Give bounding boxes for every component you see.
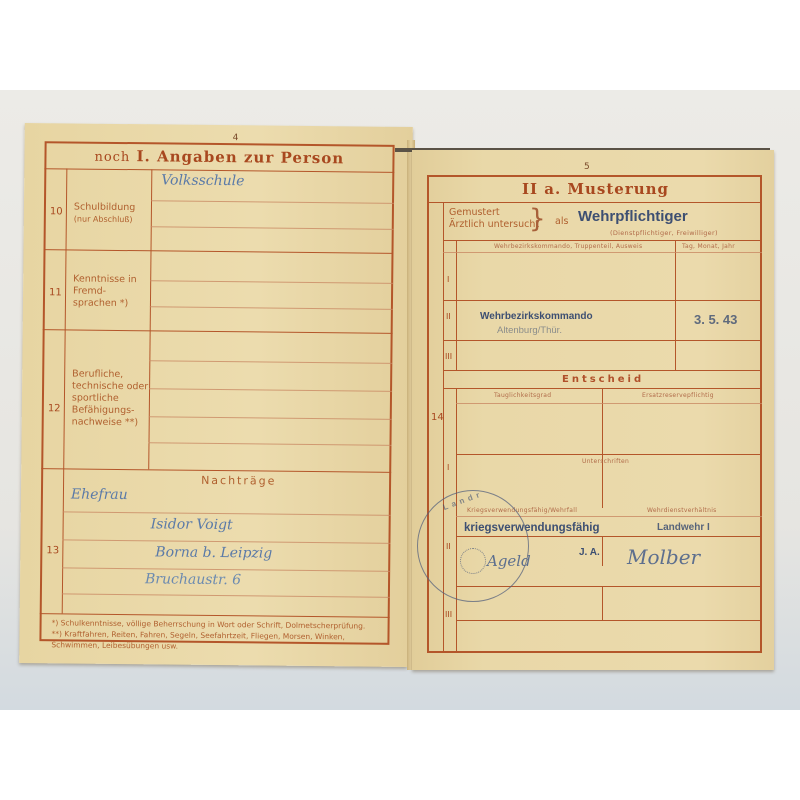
- small-seal-stamp: [460, 548, 486, 574]
- footnotes: *) Schulkenntnisse, völlige Beherrschung…: [51, 617, 386, 654]
- right-page: 5 II a. Musterung Gemustert Ärztlich unt…: [412, 150, 774, 670]
- als-label: als: [555, 216, 568, 228]
- roman-row: III: [445, 352, 452, 361]
- label-befaehigung: Berufliche, technische oder sportliche B…: [72, 368, 151, 429]
- row-number: 12: [48, 403, 61, 414]
- ia-abbreviation: J. A.: [579, 547, 600, 558]
- nachtrag-line: Ehefrau: [71, 486, 128, 503]
- nachtrag-line: Borna b. Leipzig: [155, 544, 272, 561]
- musterung-labels: Gemustert Ärztlich untersucht: [449, 207, 539, 231]
- label-fremdsprachen: Kenntnisse in Fremd-sprachen *): [73, 273, 148, 310]
- roman-row: II: [446, 312, 451, 321]
- row-number: 10: [50, 206, 63, 217]
- header-kommando: Wehrbezirkskommando, Truppenteil, Auswei…: [494, 243, 642, 250]
- roman-row: I: [447, 463, 449, 472]
- left-page: 4 noch I. Angaben zur Person 10 Schulbil…: [19, 123, 413, 667]
- page-title: II a. Musterung: [522, 180, 669, 198]
- nachtrag-line: Isidor Voigt: [151, 516, 233, 533]
- stamp-wbk: Wehrbezirkskommando: [480, 311, 593, 322]
- brace: }: [529, 205, 546, 233]
- row-number: 14: [431, 412, 444, 423]
- status-hint: (Dienstpflichtiger, Freiwilliger): [610, 229, 718, 237]
- title-main: I. Angaben zur Person: [136, 147, 344, 167]
- stamp-wbk-location: Altenburg/Thür.: [497, 325, 562, 336]
- round-seal-stamp: [417, 490, 529, 602]
- header-unterschrift: Unterschriften: [582, 458, 629, 465]
- entscheid-heading: Entscheid: [562, 374, 644, 386]
- page-number: 4: [233, 133, 239, 143]
- header-tauglich: Tauglichkeitsgrad: [494, 392, 551, 399]
- entry-schulbildung: Volksschule: [161, 172, 244, 189]
- nachtraege-heading: Nachträge: [201, 475, 276, 488]
- header-wehrdienst: Wehrdienstverhältnis: [647, 507, 717, 514]
- nachtrag-line: Bruchaustr. 6: [145, 571, 241, 588]
- category-stamp: Landwehr I: [657, 522, 710, 533]
- row-number: 11: [49, 287, 62, 298]
- page-title: noch I. Angaben zur Person: [94, 147, 344, 168]
- row-number: 13: [46, 545, 59, 556]
- roman-row: I: [447, 275, 449, 284]
- roman-row: III: [445, 610, 452, 619]
- page-number: 5: [584, 162, 590, 172]
- header-ersatz: Ersatzreservepflichtig: [642, 392, 714, 399]
- status-stamp: Wehrpflichtiger: [578, 208, 688, 225]
- label-schulbildung: Schulbildung(nur Abschluß): [74, 202, 136, 227]
- header-datum: Tag, Monat, Jahr: [682, 243, 735, 250]
- footnote-2: **) Kraftfahren, Reiten, Fahren, Segeln,…: [51, 628, 386, 654]
- title-prefix: noch: [94, 150, 130, 165]
- musterung-date: 3. 5. 43: [694, 312, 737, 327]
- signature-2: Molber: [627, 545, 700, 569]
